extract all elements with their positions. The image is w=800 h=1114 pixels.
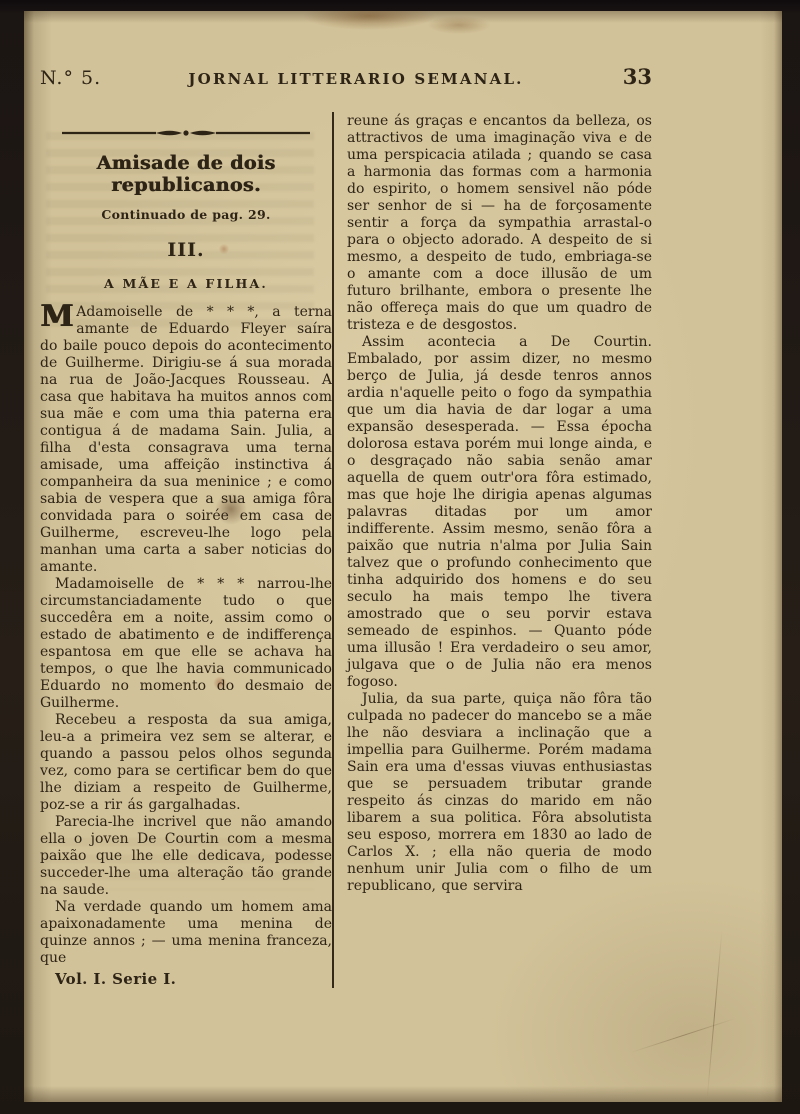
drop-cap: M [40,304,76,329]
page-header: N.° 5. JORNAL LITTERARIO SEMANAL. 33 [40,64,652,89]
journal-title: JORNAL LITTERARIO SEMANAL. [150,70,562,88]
article-title: Amisade de dois republicanos. [40,152,332,196]
page-number: 33 [562,64,652,89]
paragraph: Parecia-lhe incrivel que não amando ella… [40,814,332,899]
scanned-journal-page: N.° 5. JORNAL LITTERARIO SEMANAL. 33 Ami… [0,0,800,1114]
chapter-numeral: III. [40,239,332,261]
issue-number: N.° 5. [40,67,150,89]
paragraph: MAdamoiselle de * * *, a terna amante de… [40,304,332,576]
paragraph: Recebeu a resposta da sua amiga, leu-a a… [40,712,332,814]
chapter-heading: A MÃE E A FILHA. [40,276,332,291]
right-column-body: reune ás graças e encantos da belleza, o… [347,113,652,895]
paragraph: reune ás graças e encantos da belleza, o… [347,113,652,334]
paragraph-text: Adamoiselle de * * *, a terna amante de … [40,304,332,575]
paragraph: Na verdade quando um homem ama apaixonad… [40,899,332,967]
section-divider-ornament [60,126,312,140]
paragraph: Assim acontecia a De Courtin. Embalado, … [347,334,652,691]
right-column: reune ás graças e encantos da belleza, o… [332,112,652,988]
left-column-body: MAdamoiselle de * * *, a terna amante de… [40,304,332,967]
left-column: Amisade de dois republicanos. Continuado… [40,112,332,988]
paragraph: Julia, da sua parte, quiça não fôra tão … [347,691,652,895]
continuation-note: Continuado de pag. 29. [40,207,332,222]
paragraph: Madamoiselle de * * * narrou-lhe circums… [40,576,332,712]
volume-series-footer: Vol. I. Serie I. [40,970,332,988]
two-column-text-block: Amisade de dois republicanos. Continuado… [40,112,652,988]
